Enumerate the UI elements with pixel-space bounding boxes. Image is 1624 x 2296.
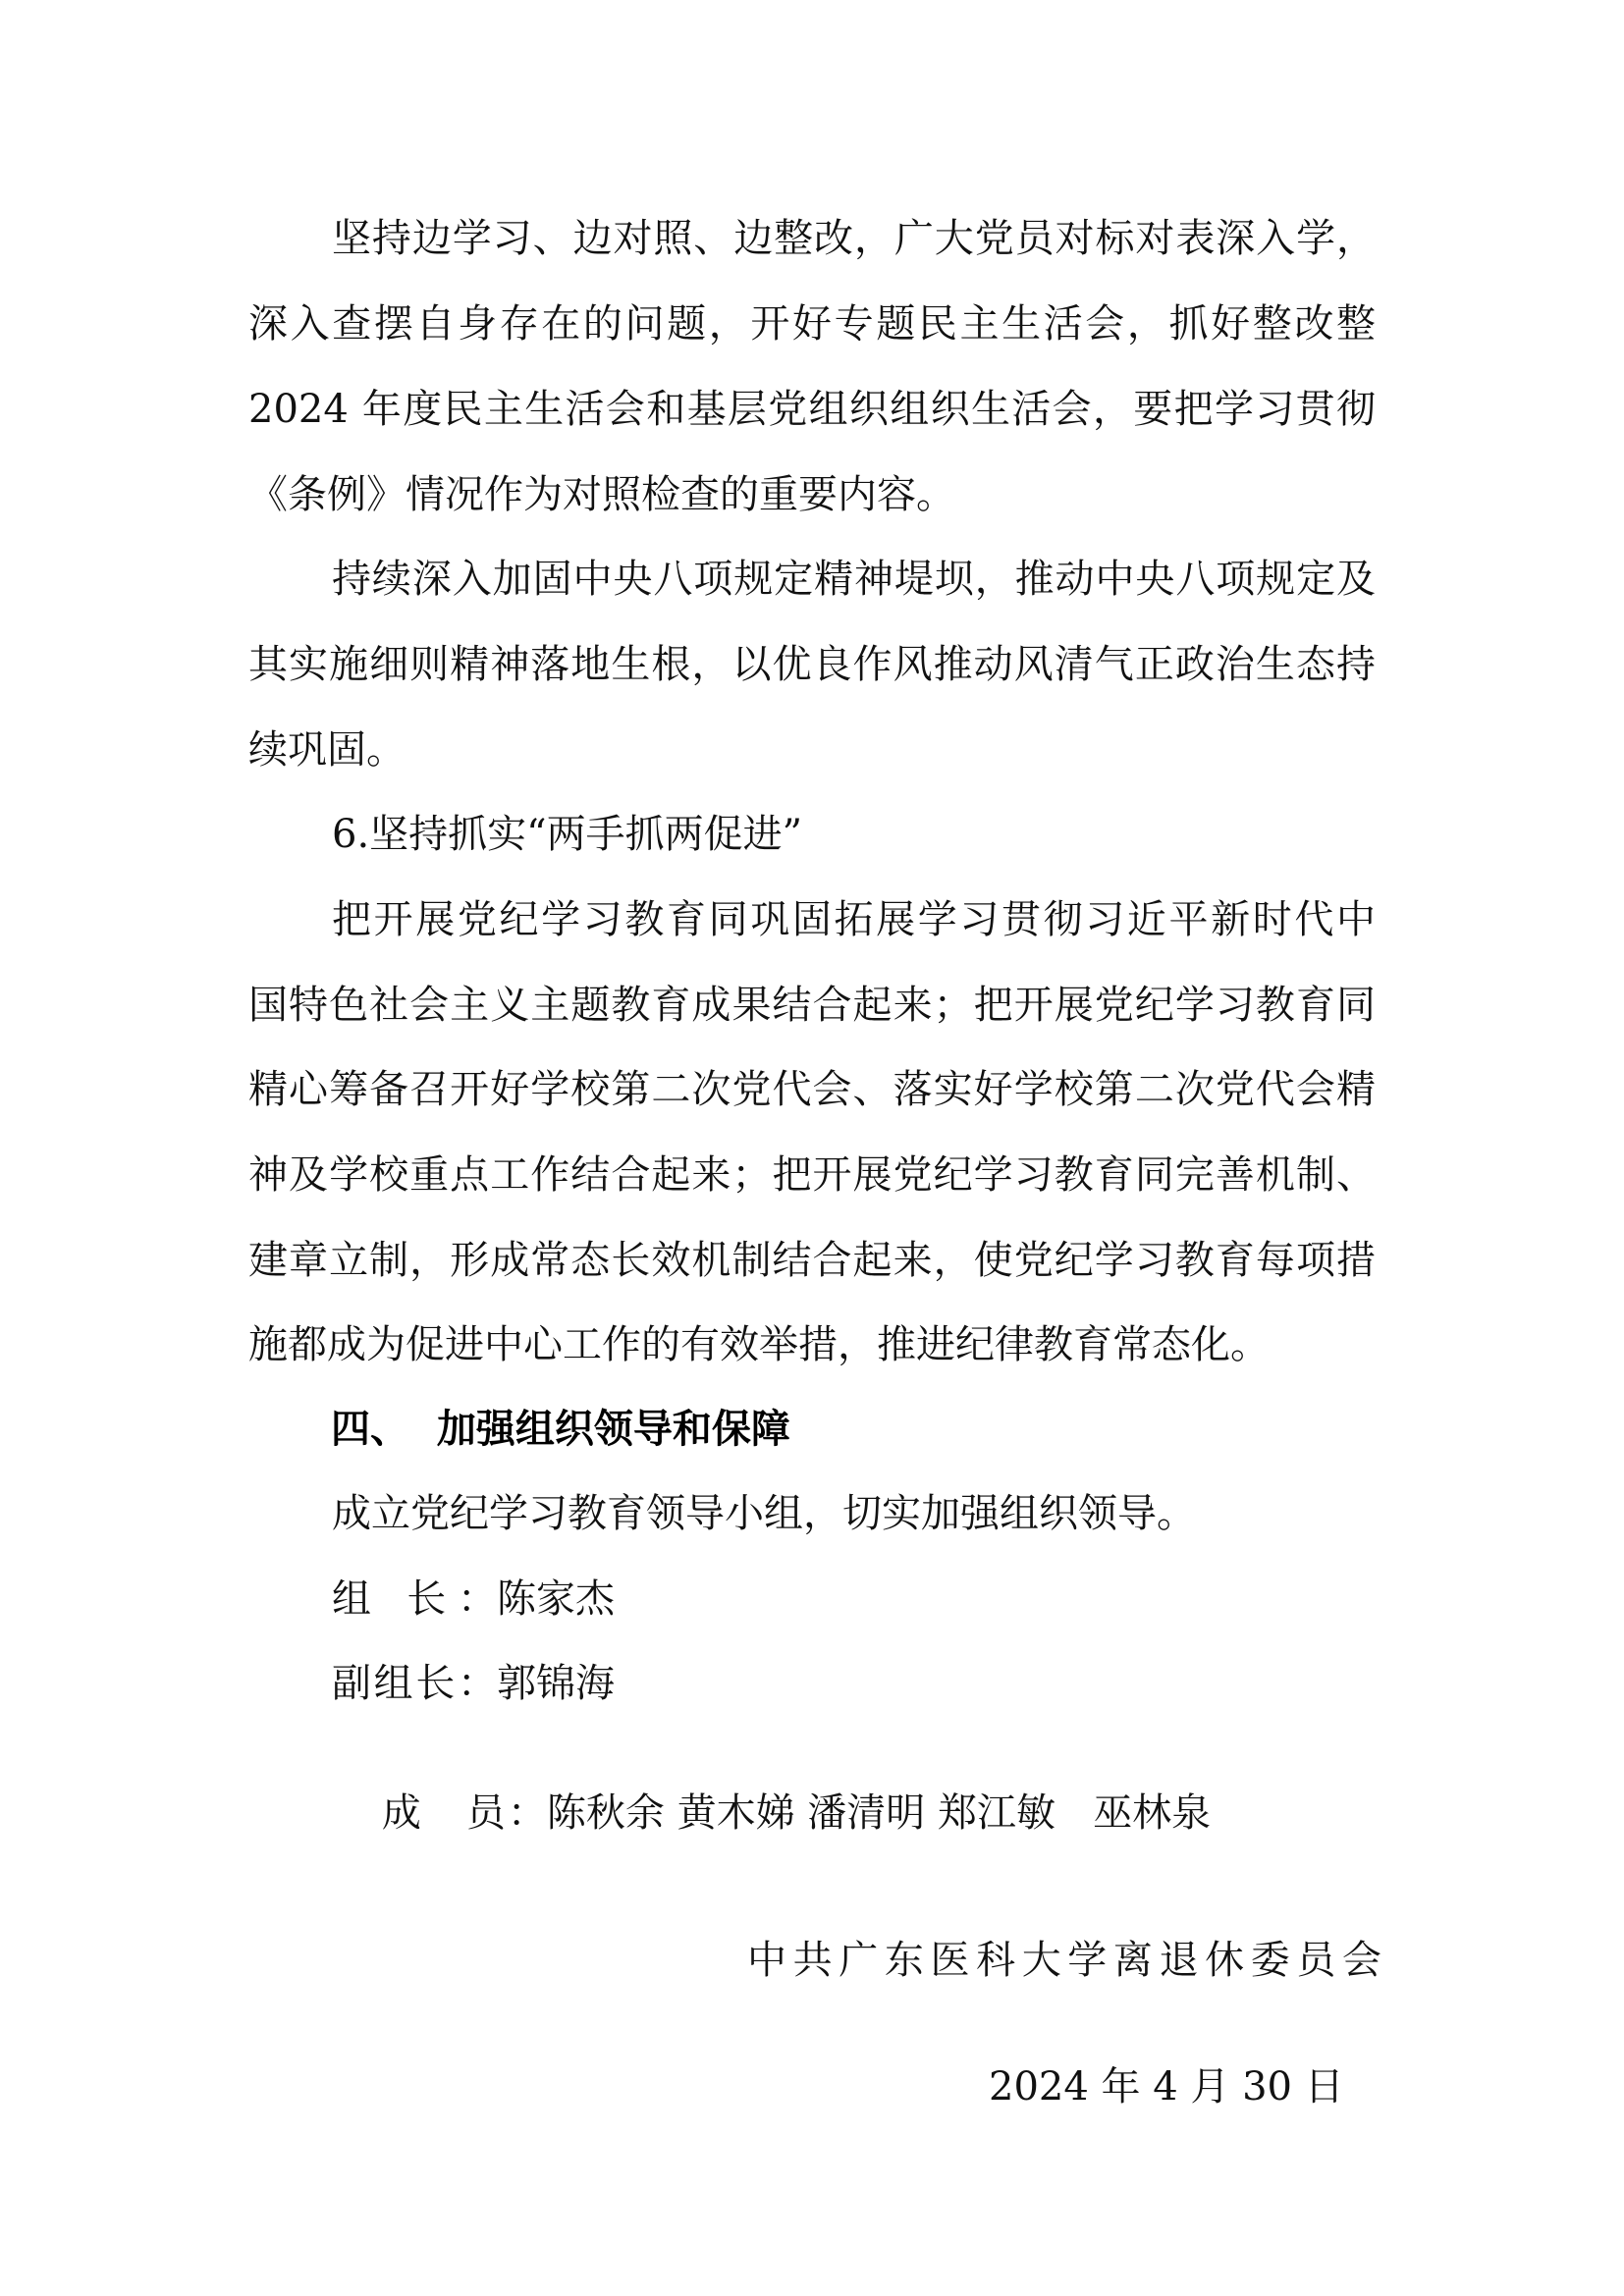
paragraph-3-line-4: 神及学校重点工作结合起来；把开展党纪学习教育同完善机制、 [248, 1153, 1376, 1197]
subheading-item-6: 6.坚持抓实“两手抓两促进” [332, 813, 1376, 856]
paragraph-2-line-1: 持续深入加固中央八项规定精神堤坝，推动中央八项规定及 [332, 558, 1376, 601]
paragraph-3-line-6: 施都成为促进中心工作的有效举措，推进纪律教育常态化。 [248, 1323, 1376, 1366]
paragraph-2-line-2: 其实施细则精神落地生根，以优良作风推动风清气正政治生态持 [248, 643, 1376, 686]
paragraph-1-line-1: 坚持边学习、边对照、边整改，广大党员对标对表深入学， [332, 217, 1376, 260]
signature-organization: 中共广东医科大学离退休委员会 [747, 1936, 1381, 1985]
paragraph-2-line-3: 续巩固。 [248, 728, 1376, 772]
paragraph-3-line-5: 建章立制，形成常态长效机制结合起来，使党纪学习教育每项措 [248, 1239, 1376, 1282]
section-intro: 成立党纪学习教育领导小组，切实加强组织领导。 [332, 1492, 1376, 1535]
paragraph-3-line-2: 国特色社会主义主题教育成果结合起来；把开展党纪学习教育同 [248, 984, 1376, 1027]
document-page: 坚持边学习、边对照、边整改，广大党员对标对表深入学， 深入查摆自身存在的问题，开… [0, 0, 1624, 2296]
signature-date: 2024 年 4 月 30 日 [989, 2063, 1295, 2110]
roster-members-label: 成 员： [382, 1791, 547, 1835]
paragraph-1-line-2: 深入查摆自身存在的问题，开好专题民主生活会，抓好整改整治。 [248, 302, 1376, 346]
roster-leader-label: 组 长： [332, 1577, 497, 1621]
section-heading: 四、 加强组织领导和保障 [331, 1408, 790, 1451]
paragraph-1-line-3: 2024 年度民主生活会和基层党组织组织生活会，要把学习贯彻 [248, 388, 1376, 431]
roster-members-names: 陈秋余 黄木娣 潘清明 郑江敏 巫林泉 [547, 1790, 1211, 1836]
roster-deputy: 副组长：郭锦海 [332, 1662, 1376, 1705]
paragraph-3-line-1: 把开展党纪学习教育同巩固拓展学习贯彻习近平新时代中 [332, 898, 1376, 941]
paragraph-3-line-3: 精心筹备召开好学校第二次党代会、落实好学校第二次党代会精 [248, 1068, 1376, 1111]
roster-deputy-label: 副组长： [332, 1662, 497, 1705]
paragraph-1-line-4: 《条例》情况作为对照检查的重要内容。 [248, 473, 1376, 516]
roster-leader-names: 陈家杰 [497, 1576, 615, 1622]
roster-members: 成 员：陈秋余 黄木娣 潘清明 郑江敏 巫林泉 [332, 1748, 1376, 1791]
roster-leader: 组 长：陈家杰 [332, 1577, 1376, 1621]
roster-deputy-names: 郭锦海 [497, 1661, 615, 1706]
